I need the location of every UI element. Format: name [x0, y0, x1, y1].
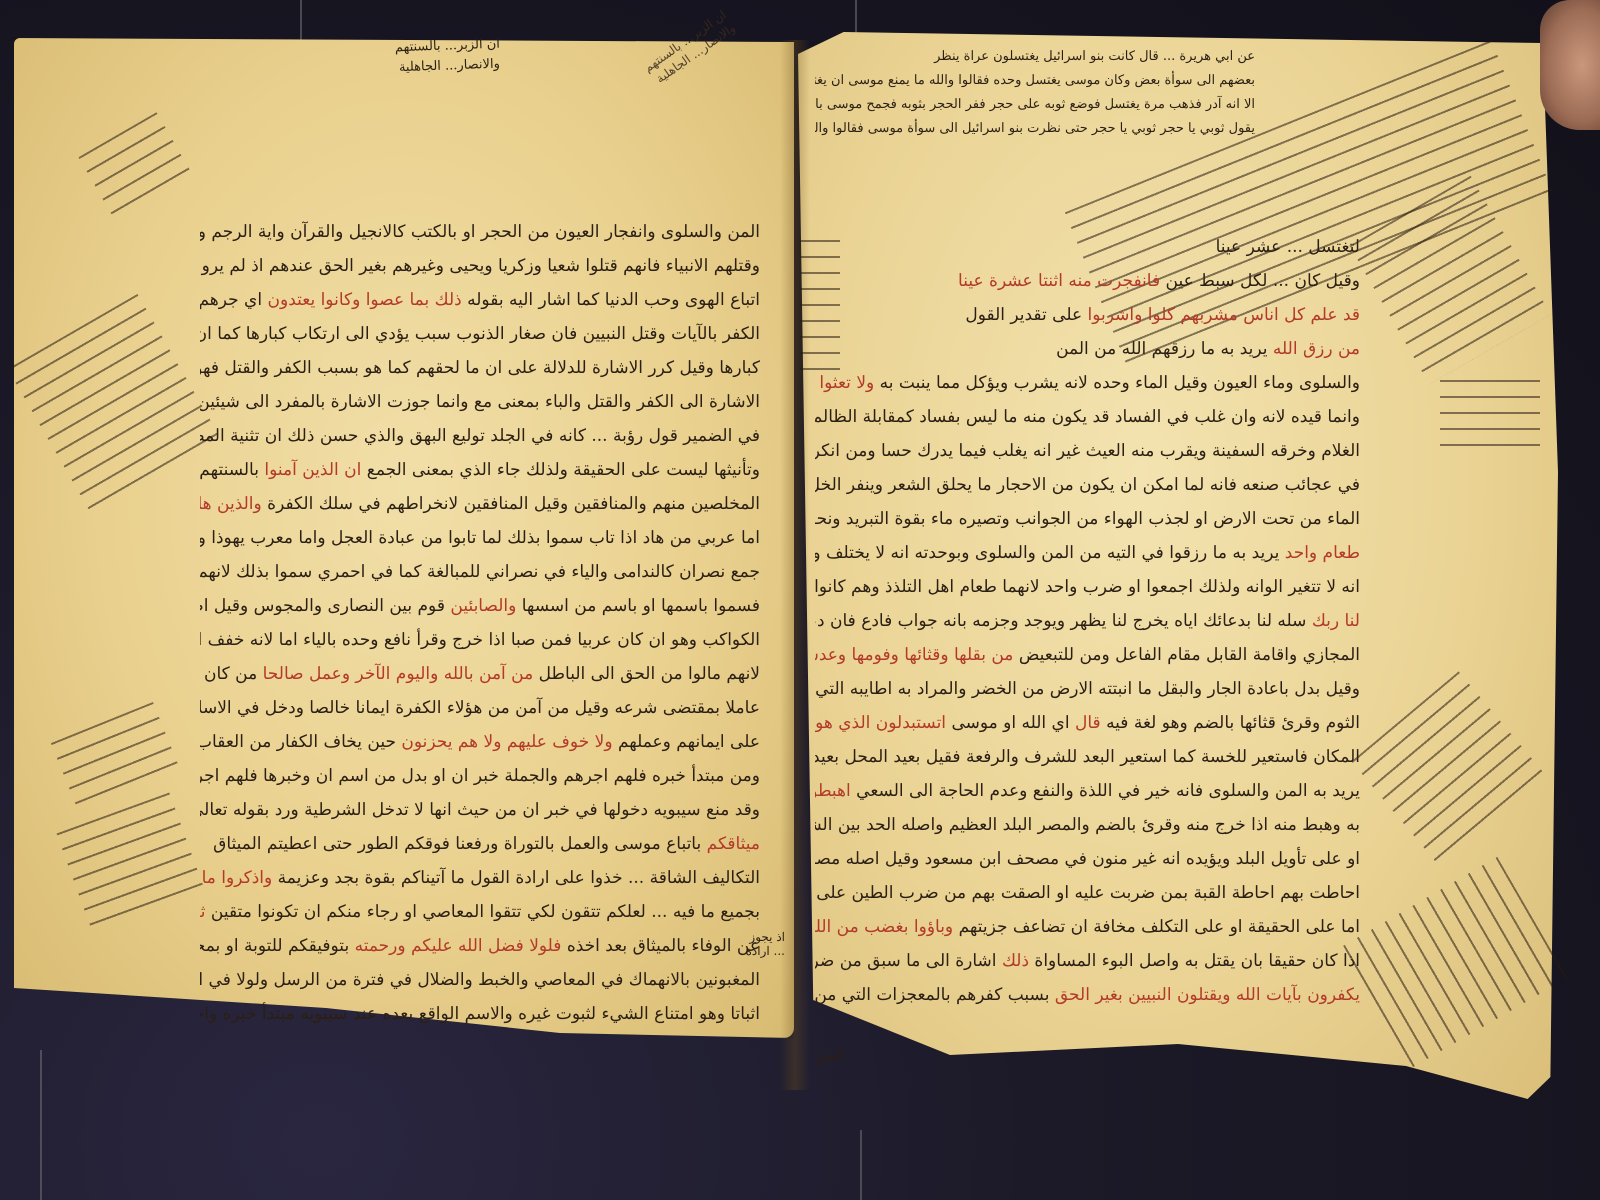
- rubric: واذكروا ما فيه: [200, 868, 272, 888]
- text-line: كبارها وقيل كرر الاشارة للدلالة على ان م…: [200, 351, 760, 385]
- left-catchword: اذ يجوز ... ارادة: [735, 930, 785, 958]
- text-line: الغلام وخرقه السفينة ويقرب منه العيث غير…: [815, 434, 1360, 468]
- text-line: في الضمير قول رؤبة ... كانه في الجلد تول…: [200, 419, 760, 453]
- rubric: ولا خوف عليهم ولا هم يحزنون: [401, 732, 612, 752]
- text-line: اما على الحقيقة او على التكلف مخافة ان ت…: [815, 910, 1360, 944]
- text-line: المكان فاستعير للخسة كما استعير البعد لل…: [815, 740, 1360, 774]
- text-line: الكفر بالآيات وقتل النبيين فان صغار الذن…: [200, 317, 760, 351]
- rubric: فانفجرت منه اثنتا عشرة عينا: [958, 271, 1160, 291]
- text-line: اما عربي من هاد اذا تاب سموا بذلك لما تا…: [200, 521, 760, 555]
- text-line: عاملا بمقتضى شرعه وقيل من آمن من هؤلاء ا…: [200, 691, 760, 725]
- rubric: من بقلها وقثائها وفومها وعدسها وبصلها: [815, 645, 1013, 665]
- rubric: والصابئين: [450, 596, 516, 616]
- rubric: من رزق الله: [1273, 339, 1360, 359]
- text-line: يكفرون بآيات الله ويقتلون النبيين بغير ا…: [815, 978, 1360, 1012]
- rubric: من آمن بالله واليوم الآخر وعمل صالحا: [263, 664, 534, 684]
- text-line: من رزق الله يريد به ما رزقهم الله من الم…: [815, 332, 1360, 366]
- text-line: التكاليف الشاقة ... خذوا على ارادة القول…: [200, 861, 760, 895]
- text-line: اذا كان حقيقا بان يقتل به واصل البوء الم…: [815, 944, 1360, 978]
- text-line: وتأنيثها ليست على الحقيقة ولذلك جاء الذي…: [200, 453, 760, 487]
- rubric: ثم توليتم من بعد ذلك: [200, 902, 205, 922]
- note-line: بعضهم الى سوأة بعض وكان موسى يغتسل وحده …: [815, 69, 1255, 93]
- text-line: الثوم وقرئ قثائها بالضم وهو لغة فيه قال …: [815, 706, 1360, 740]
- text-line: اتباع الهوى وحب الدنيا كما اشار اليه بقو…: [200, 283, 760, 317]
- background-crack: [300, 0, 302, 40]
- text-line: الكواكب وهو ان كان عربيا فمن صبا اذا خرج…: [200, 623, 760, 657]
- text-line: عن الوفاء بالميثاق بعد اخذه فلولا فضل ال…: [200, 929, 760, 963]
- text-line: على ايمانهم وعملهم ولا خوف عليهم ولا هم …: [200, 725, 760, 759]
- text-line: المخلصين منهم والمنافقين وقيل المنافقين …: [200, 487, 760, 521]
- text-line: المغبونين بالانهماك في المعاصي والخبط وا…: [200, 963, 760, 997]
- rubric: ذلك بما عصوا وكانوا يعتدون: [268, 290, 462, 310]
- rubric: ان الذين آمنوا: [264, 460, 361, 480]
- rubric: قال: [1075, 713, 1101, 733]
- text-line: المن والسلوى وانفجار العيون من الحجر او …: [200, 215, 760, 249]
- text-line: ميثاقكم باتباع موسى والعمل بالتوراة ورفع…: [200, 827, 760, 861]
- text-line: يريد به المن والسلوى فانه خير في اللذة و…: [815, 774, 1360, 808]
- left-main-text: المن والسلوى وانفجار العيون من الحجر او …: [200, 215, 760, 1031]
- text-line: وقتلهم الانبياء فانهم قتلوا شعيا وزكريا …: [200, 249, 760, 283]
- text-line: جمع نصران كالندامى والياء في نصراني للمب…: [200, 555, 760, 589]
- rubric: يكفرون بآيات الله ويقتلون النبيين بغير ا…: [1055, 985, 1360, 1005]
- text-line: قد علم كل اناس مشربهم كلوا واشربوا على ت…: [815, 298, 1360, 332]
- text-line: لانهم مالوا من الحق الى الباطل من آمن با…: [200, 657, 760, 691]
- holding-thumb: [1540, 0, 1600, 130]
- note-line: عن ابي هريرة ... قال كانت بنو اسرائيل يغ…: [815, 45, 1255, 69]
- rubric: وباؤوا بغضب من الله: [815, 917, 953, 937]
- text-line: طعام واحد يريد به ما رزقوا في التيه من ا…: [815, 536, 1360, 570]
- text-line: لتغتسل ... عشر عينا: [815, 230, 1360, 264]
- text-line: الاشارة الى الكفر والقتل والباء بمعنى مع…: [200, 385, 760, 419]
- note-line: يقول ثوبي يا حجر ثوبي يا حجر حتى نظرت بن…: [815, 117, 1255, 141]
- text-line: الماء من تحت الارض او لجذب الهواء من الج…: [815, 502, 1360, 536]
- rubric: فلولا فضل الله عليكم ورحمته: [355, 936, 562, 956]
- text-line: او على تأويل البلد ويؤيده انه غير منون ف…: [815, 842, 1360, 876]
- note-line: الا انه آدر فذهب مرة يغتسل فوضع ثوبه على…: [815, 93, 1255, 117]
- rubric: ذلك: [1002, 951, 1029, 971]
- right-top-note: عن ابي هريرة ... قال كانت بنو اسرائيل يغ…: [815, 45, 1255, 141]
- text-line: اثباتا وهو امتناع الشيء لثبوت غيره والاس…: [200, 997, 760, 1031]
- text-line: وقيل كان ... لكل سبط عين فانفجرت منه اثن…: [815, 264, 1360, 298]
- text-line: فسموا باسمها او باسم من اسسها والصابئين …: [200, 589, 760, 623]
- text-line: وانما قيده لانه وان غلب في الفساد قد يكو…: [815, 400, 1360, 434]
- text-line: وقيل بدل باعادة الجار والبقل ما انبتته ا…: [815, 672, 1360, 706]
- right-main-text: لتغتسل ... عشر عينا وقيل كان ... لكل سبط…: [815, 230, 1360, 1012]
- text-line: في عجائب صنعه فانه لما امكن ان يكون من ا…: [815, 468, 1360, 502]
- background-crack: [40, 1050, 42, 1200]
- text-line: احاطت بهم احاطة القبة بمن ضربت عليه او ا…: [815, 876, 1360, 910]
- right-catchword: المن: [805, 1045, 845, 1064]
- rubric: اتستبدلون الذي هو ادنى: [815, 713, 946, 733]
- rubric: طعام واحد: [1285, 543, 1360, 563]
- rubric: كلوا واشربوا: [1088, 305, 1175, 325]
- background-crack: [860, 1130, 862, 1200]
- text-line: المجازي واقامة القابل مقام الفاعل ومن لل…: [815, 638, 1360, 672]
- text-line: انه لا تتغير الوانه ولذلك اجمعوا او ضرب …: [815, 570, 1360, 604]
- text-line: به وهبط منه اذا خرج منه وقرئ بالضم والمص…: [815, 808, 1360, 842]
- text-line: بجميع ما فيه ... لعلكم تتقون لكي تتقوا ا…: [200, 895, 760, 929]
- text-line: والسلوى وماء العيون وقيل الماء وحده لانه…: [815, 366, 1360, 400]
- rubric: اهبطوا مصرا: [815, 781, 851, 801]
- rubric: والذين هادوا: [200, 494, 262, 514]
- text-line: وقد منع سيبويه دخولها في خبر ان من حيث ا…: [200, 793, 760, 827]
- rubric: ولا تعثوا في الارض مفسدين: [815, 373, 874, 393]
- book-gutter: [780, 40, 810, 1090]
- text-line: ومن مبتدأ خبره فلهم اجرهم والجملة خبر ان…: [200, 759, 760, 793]
- left-top-note: ان الزبر... بالسنتهم والانصار... الجاهلي…: [80, 42, 500, 82]
- text-line: لنا ربك سله لنا بدعائك اياه يخرج لنا يظه…: [815, 604, 1360, 638]
- marginal-gloss-right-mid: [1440, 380, 1540, 450]
